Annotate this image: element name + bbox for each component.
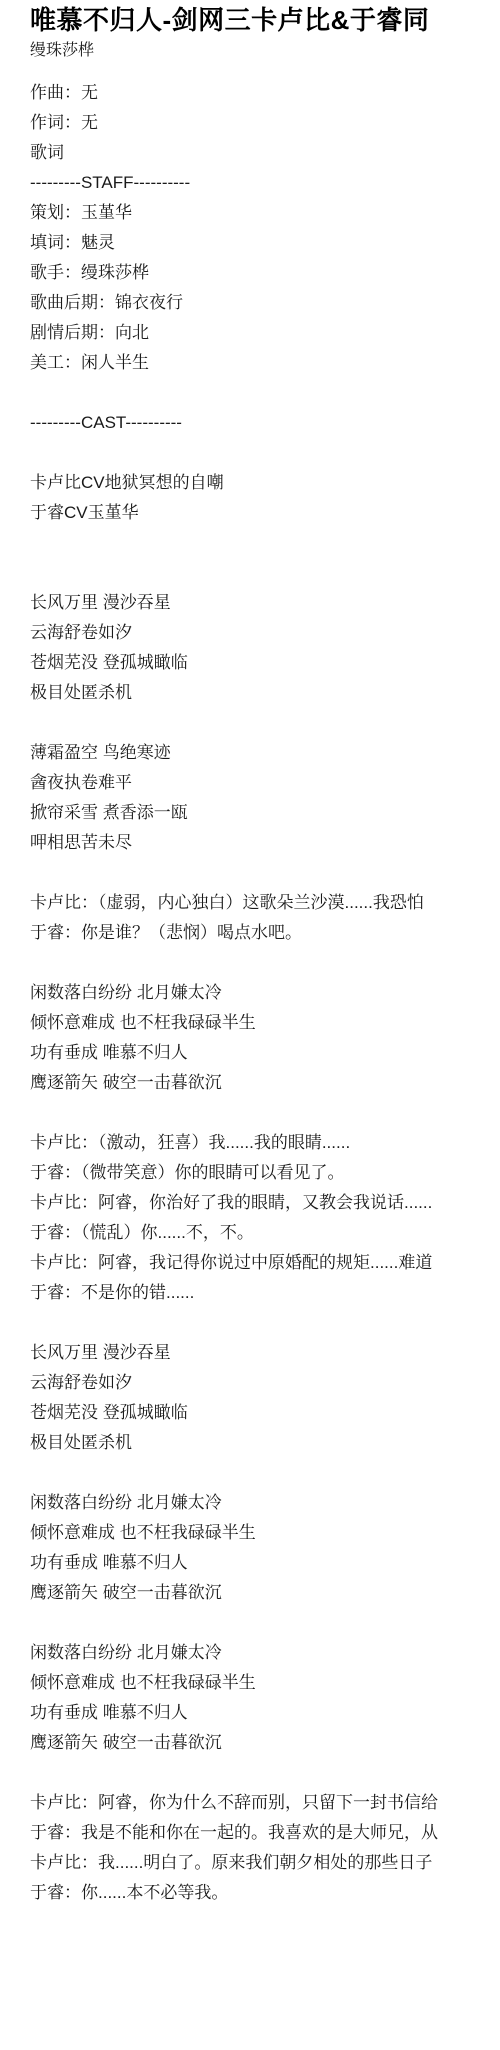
blank-line: [30, 528, 500, 558]
lyric-line: 功有垂成 唯慕不归人: [30, 1698, 500, 1728]
lyric-line: 闲数落白纷纷 北月嫌太冷: [30, 1488, 500, 1518]
lyric-line: 云海舒卷如汐: [30, 618, 500, 648]
lyric-line: 薄霜盈空 鸟绝寒迹: [30, 738, 500, 768]
lyric-line: 苍烟芜没 登孤城瞰临: [30, 648, 500, 678]
lyric-line: 倾怀意难成 也不枉我碌碌半生: [30, 1008, 500, 1038]
lyric-line: 长风万里 漫沙吞星: [30, 1338, 500, 1368]
lyric-line: 长风万里 漫沙吞星: [30, 588, 500, 618]
lyric-line: 闲数落白纷纷 北月嫌太冷: [30, 978, 500, 1008]
song-title: 唯慕不归人-剑网三卡卢比&于睿同: [30, 1, 429, 39]
lyric-line: 填词：魅灵: [30, 228, 500, 258]
lyric-line: 于睿：不是你的错......: [30, 1278, 500, 1308]
lyric-line: 卡卢比：（虚弱，内心独白）这歌朵兰沙漠......我恐怕: [30, 888, 500, 918]
blank-line: [30, 948, 500, 978]
lyric-line: 于睿：你是谁？（悲悯）喝点水吧。: [30, 918, 500, 948]
lyric-line: 鹰逐箭矢 破空一击暮欲沉: [30, 1728, 500, 1758]
blank-line: [30, 1608, 500, 1638]
artist-name: 缦珠莎桦: [30, 40, 94, 61]
lyric-line: 鹰逐箭矢 破空一击暮欲沉: [30, 1068, 500, 1098]
blank-line: [30, 1758, 500, 1788]
lyric-line: 卡卢比：阿睿，我记得你说过中原婚配的规矩......难道: [30, 1248, 500, 1278]
lyric-line: 功有垂成 唯慕不归人: [30, 1038, 500, 1068]
lyric-line: 卡卢比CV地狱冥想的自嘲: [30, 468, 500, 498]
blank-line: [30, 1098, 500, 1128]
lyric-line: 倾怀意难成 也不枉我碌碌半生: [30, 1518, 500, 1548]
lyric-line: 云海舒卷如汐: [30, 1368, 500, 1398]
lyric-line: 美工：闲人半生: [30, 348, 500, 378]
lyric-line: ---------CAST----------: [30, 408, 500, 438]
lyric-line: ---------STAFF----------: [30, 168, 500, 198]
lyrics-body: 作曲：无作词：无歌词---------STAFF----------策划：玉堇华…: [30, 78, 500, 1908]
lyric-line: 于睿：（微带笑意）你的眼睛可以看见了。: [30, 1158, 500, 1188]
lyric-line: 于睿CV玉堇华: [30, 498, 500, 528]
lyric-line: 卡卢比：阿睿，你治好了我的眼睛，又教会我说话......: [30, 1188, 500, 1218]
blank-line: [30, 378, 500, 408]
blank-line: [30, 708, 500, 738]
lyric-line: 极目处匿杀机: [30, 678, 500, 708]
lyric-line: 于睿：（慌乱）你......不，不。: [30, 1218, 500, 1248]
blank-line: [30, 1308, 500, 1338]
lyric-line: 闲数落白纷纷 北月嫌太冷: [30, 1638, 500, 1668]
lyric-line: 于睿：你......本不必等我。: [30, 1878, 500, 1908]
blank-line: [30, 438, 500, 468]
lyric-line: 苍烟芜没 登孤城瞰临: [30, 1398, 500, 1428]
lyric-line: 剧情后期：向北: [30, 318, 500, 348]
lyric-line: 掀帘采雪 煮香添一瓯: [30, 798, 500, 828]
lyric-line: 卡卢比：（激动，狂喜）我......我的眼睛......: [30, 1128, 500, 1158]
lyric-line: 歌手：缦珠莎桦: [30, 258, 500, 288]
lyric-line: 呷相思苦未尽: [30, 828, 500, 858]
lyrics-page: 唯慕不归人-剑网三卡卢比&于睿同 缦珠莎桦 作曲：无作词：无歌词--------…: [0, 0, 500, 2050]
blank-line: [30, 1458, 500, 1488]
lyric-line: 鹰逐箭矢 破空一击暮欲沉: [30, 1578, 500, 1608]
blank-line: [30, 858, 500, 888]
lyric-line: 功有垂成 唯慕不归人: [30, 1548, 500, 1578]
lyric-line: 卡卢比：阿睿，你为什么不辞而别，只留下一封书信给: [30, 1788, 500, 1818]
lyric-line: 歌曲后期：锦衣夜行: [30, 288, 500, 318]
lyric-line: 极目处匿杀机: [30, 1428, 500, 1458]
lyric-line: 作词：无: [30, 108, 500, 138]
lyric-line: 倾怀意难成 也不枉我碌碌半生: [30, 1668, 500, 1698]
lyric-line: 作曲：无: [30, 78, 500, 108]
blank-line: [30, 558, 500, 588]
lyric-line: 歌词: [30, 138, 500, 168]
lyric-line: 策划：玉堇华: [30, 198, 500, 228]
lyric-line: 酓夜执卷难平: [30, 768, 500, 798]
lyric-line: 于睿：我是不能和你在一起的。我喜欢的是大师兄，从: [30, 1818, 500, 1848]
lyric-line: 卡卢比：我......明白了。原来我们朝夕相处的那些日子: [30, 1848, 500, 1878]
